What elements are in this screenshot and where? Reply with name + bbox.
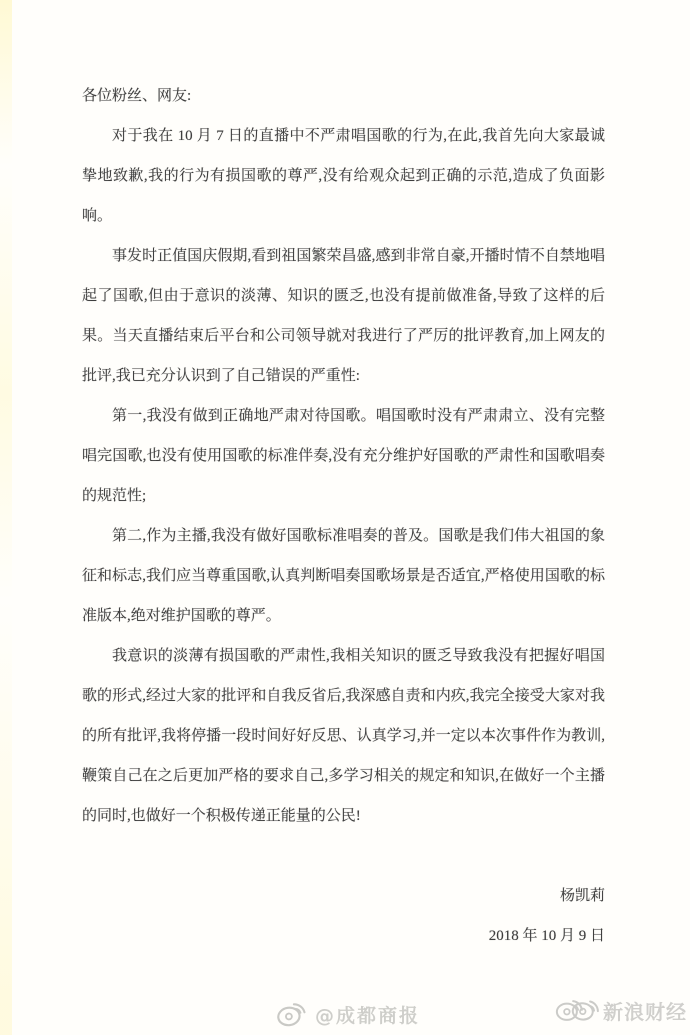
letter-paragraph: 我意识的淡薄有损国歌的严肃性,我相关知识的匮乏导致我没有把握好唱国歌的形式,经过… — [82, 636, 605, 836]
letter-paragraph: 对于我在 10 月 7 日的直播中不严肃唱国歌的行为,在此,我首先向大家最诚挚地… — [82, 116, 605, 236]
weibo-icon — [274, 995, 311, 1034]
watermark-left-label: @成都商报 — [315, 1001, 420, 1028]
signature-name: 杨凯莉 — [82, 876, 605, 916]
apology-letter-document: 各位粉丝、网友: 对于我在 10 月 7 日的直播中不严肃唱国歌的行为,在此,我… — [0, 0, 690, 1035]
letter-salutation: 各位粉丝、网友: — [82, 76, 605, 116]
weibo-icon — [555, 994, 585, 1027]
watermark-left: @成都商报 — [276, 997, 420, 1032]
weibo-icon — [569, 993, 602, 1029]
signature-date: 2018 年 10 月 9 日 — [82, 916, 605, 956]
letter-paragraph: 第二,作为主播,我没有做好国歌标准唱奏的普及。国歌是我们伟大祖国的象征和标志,我… — [82, 516, 605, 636]
scan-edge-artifact — [0, 0, 12, 1035]
letter-body: 各位粉丝、网友: 对于我在 10 月 7 日的直播中不严肃唱国歌的行为,在此,我… — [82, 76, 605, 956]
watermark-right-label: 新浪财经 — [603, 996, 687, 1025]
letter-paragraph: 第一,我没有做到正确地严肃对待国歌。唱国歌时没有严肃肃立、没有完整唱完国歌,也没… — [82, 396, 605, 516]
letter-paragraph: 事发时正值国庆假期,看到祖国繁荣昌盛,感到非常自豪,开播时情不自禁地唱起了国歌,… — [82, 236, 605, 396]
watermark-right: 新浪财经 — [555, 994, 687, 1027]
